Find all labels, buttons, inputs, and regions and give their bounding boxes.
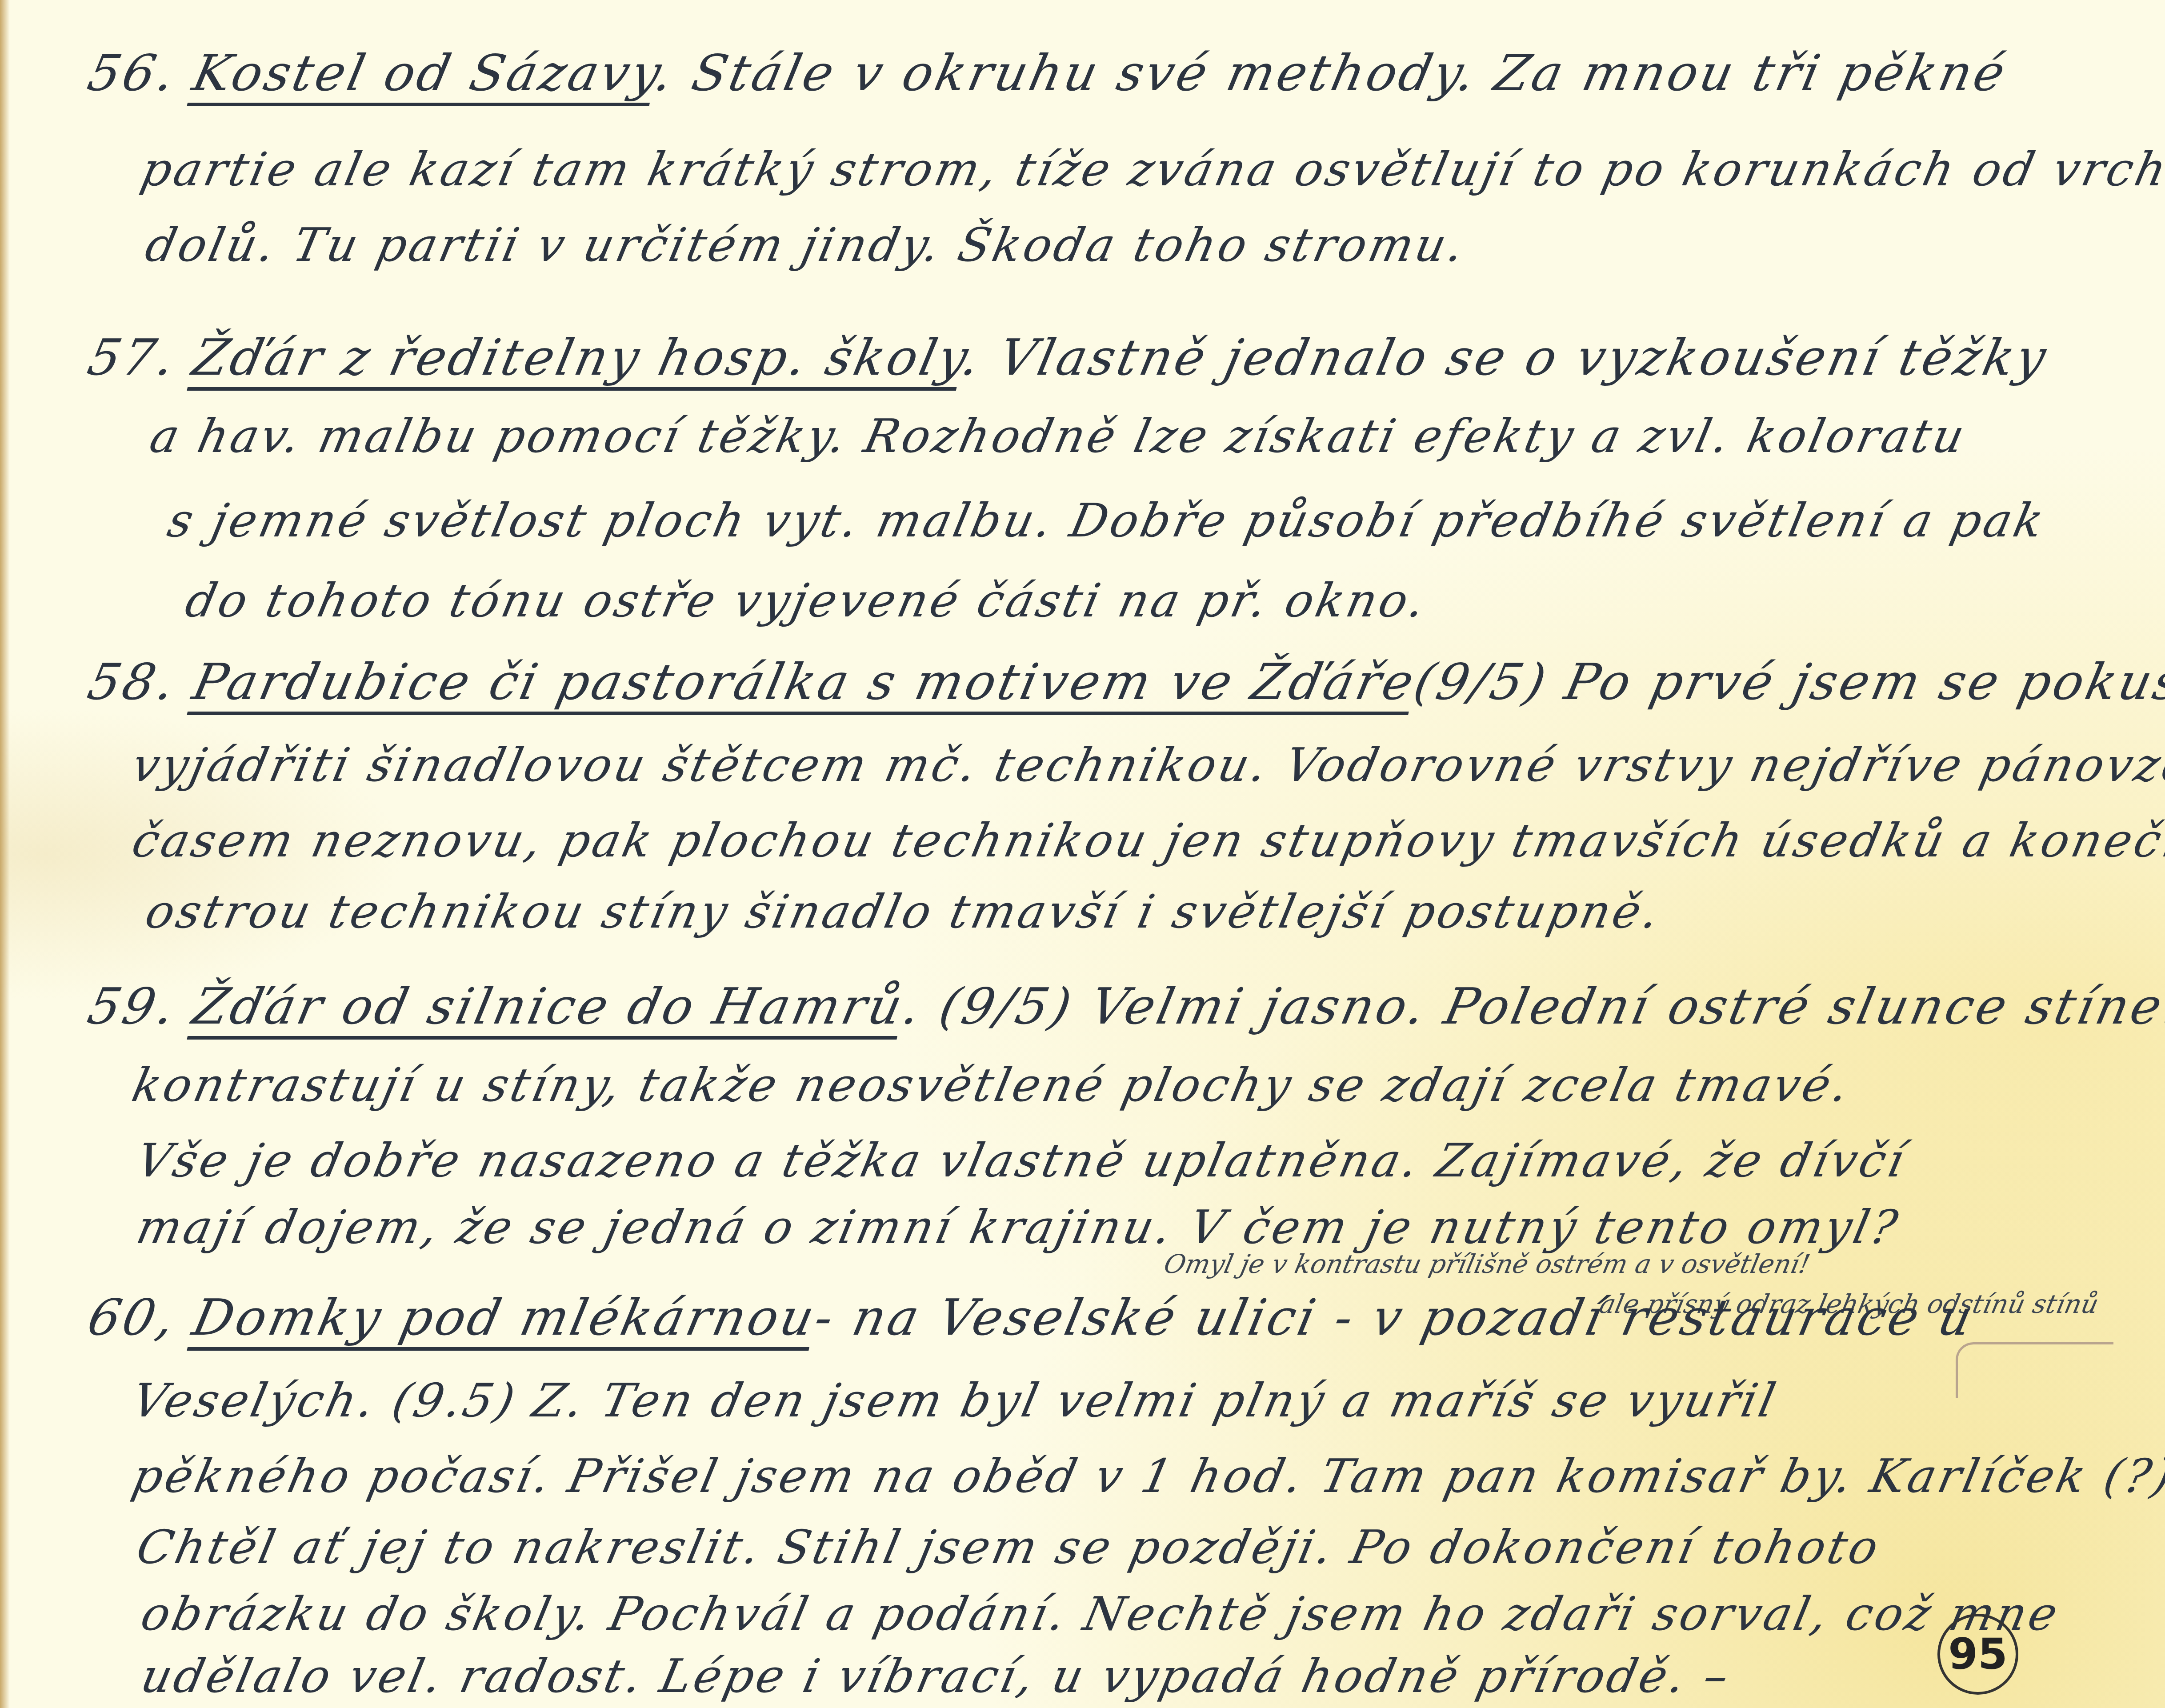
margin-note-above-60: Omyl je v kontrastu přílišně ostrém a v …	[1161, 1249, 1813, 1279]
entry-text: pěkného počasí. Přišel jsem na oběd v 1 …	[128, 1449, 2165, 1503]
entry-text: a hav. malbu pomocí těžky. Rozhodně lze …	[145, 409, 1972, 463]
entry-text: Chtěl ať jej to nakreslit. Stihl jsem se…	[132, 1520, 1886, 1574]
margin-bracket	[1956, 1342, 2113, 1398]
entry-number: 57.	[83, 329, 182, 387]
entry-number: 58.	[83, 653, 182, 711]
entry-number: 56.	[83, 44, 182, 102]
entry-text: . Stále v okruhu své methody. Za mnou tř…	[650, 44, 2013, 102]
entry-text: mají dojem, že se jedná o zimní krajinu.…	[132, 1200, 1905, 1254]
entry-number: 60,	[83, 1289, 182, 1347]
entry-text: dolů. Tu partii v určitém jindy. Škoda t…	[141, 218, 1471, 272]
entry-text: s jemné světlost ploch vyt. malbu. Dobře…	[163, 493, 2051, 548]
entry-text: kontrastují u stíny, takže neosvětlené p…	[128, 1058, 1856, 1112]
page-number-stamp: 95	[1937, 1614, 2018, 1695]
entry-text: (9/5) Po prvé jsem se pokusil	[1409, 653, 2165, 711]
entry-text: do tohoto tónu ostře vyjevené části na p…	[181, 573, 1433, 628]
entry-title: Domky pod mlékárnou	[188, 1289, 821, 1347]
entry-text: vyjádřiti šinadlovou štětcem mč. technik…	[128, 738, 2165, 792]
entry-text: Vše je dobře nasazeno a těžka vlastně up…	[132, 1133, 1912, 1188]
entry-text: . (9/5) Velmi jasno. Polední ostré slunc…	[897, 978, 2165, 1036]
entry-text: ostrou technikou stíny šinadlo tmavší i …	[141, 884, 1666, 939]
entry-text: - na Veselské ulici - v pozadí restaurac…	[809, 1289, 1980, 1347]
entry-title: Žďár od silnice do Hamrů	[188, 978, 910, 1036]
entry-number: 59.	[83, 978, 182, 1036]
entry-text: udělalo vel. radost. Lépe i víbrací, u v…	[136, 1649, 1736, 1703]
entry-text: . Vlastně jednalo se o vyzkoušení těžky	[957, 329, 2053, 387]
notebook-page: 56.Kostel od Sázavy. Stále v okruhu své …	[0, 0, 2165, 1708]
entry-title: Žďár z ředitelny hosp. školy	[188, 329, 969, 387]
entry-text: časem neznovu, pak plochou technikou jen…	[128, 813, 2165, 868]
entry-title: Pardubice či pastorálka s motivem ve Žďá…	[188, 653, 1421, 711]
entry-text: partie ale kazí tam krátký strom, tíže z…	[136, 142, 2165, 196]
entry-text: Veselých. (9.5) Z. Ten den jsem byl velm…	[128, 1373, 1783, 1428]
page-binding-edge	[0, 0, 10, 1708]
entry-title: Kostel od Sázavy	[188, 44, 662, 102]
entry-text: obrázku do školy. Pochvál a podání. Nech…	[136, 1587, 2065, 1641]
